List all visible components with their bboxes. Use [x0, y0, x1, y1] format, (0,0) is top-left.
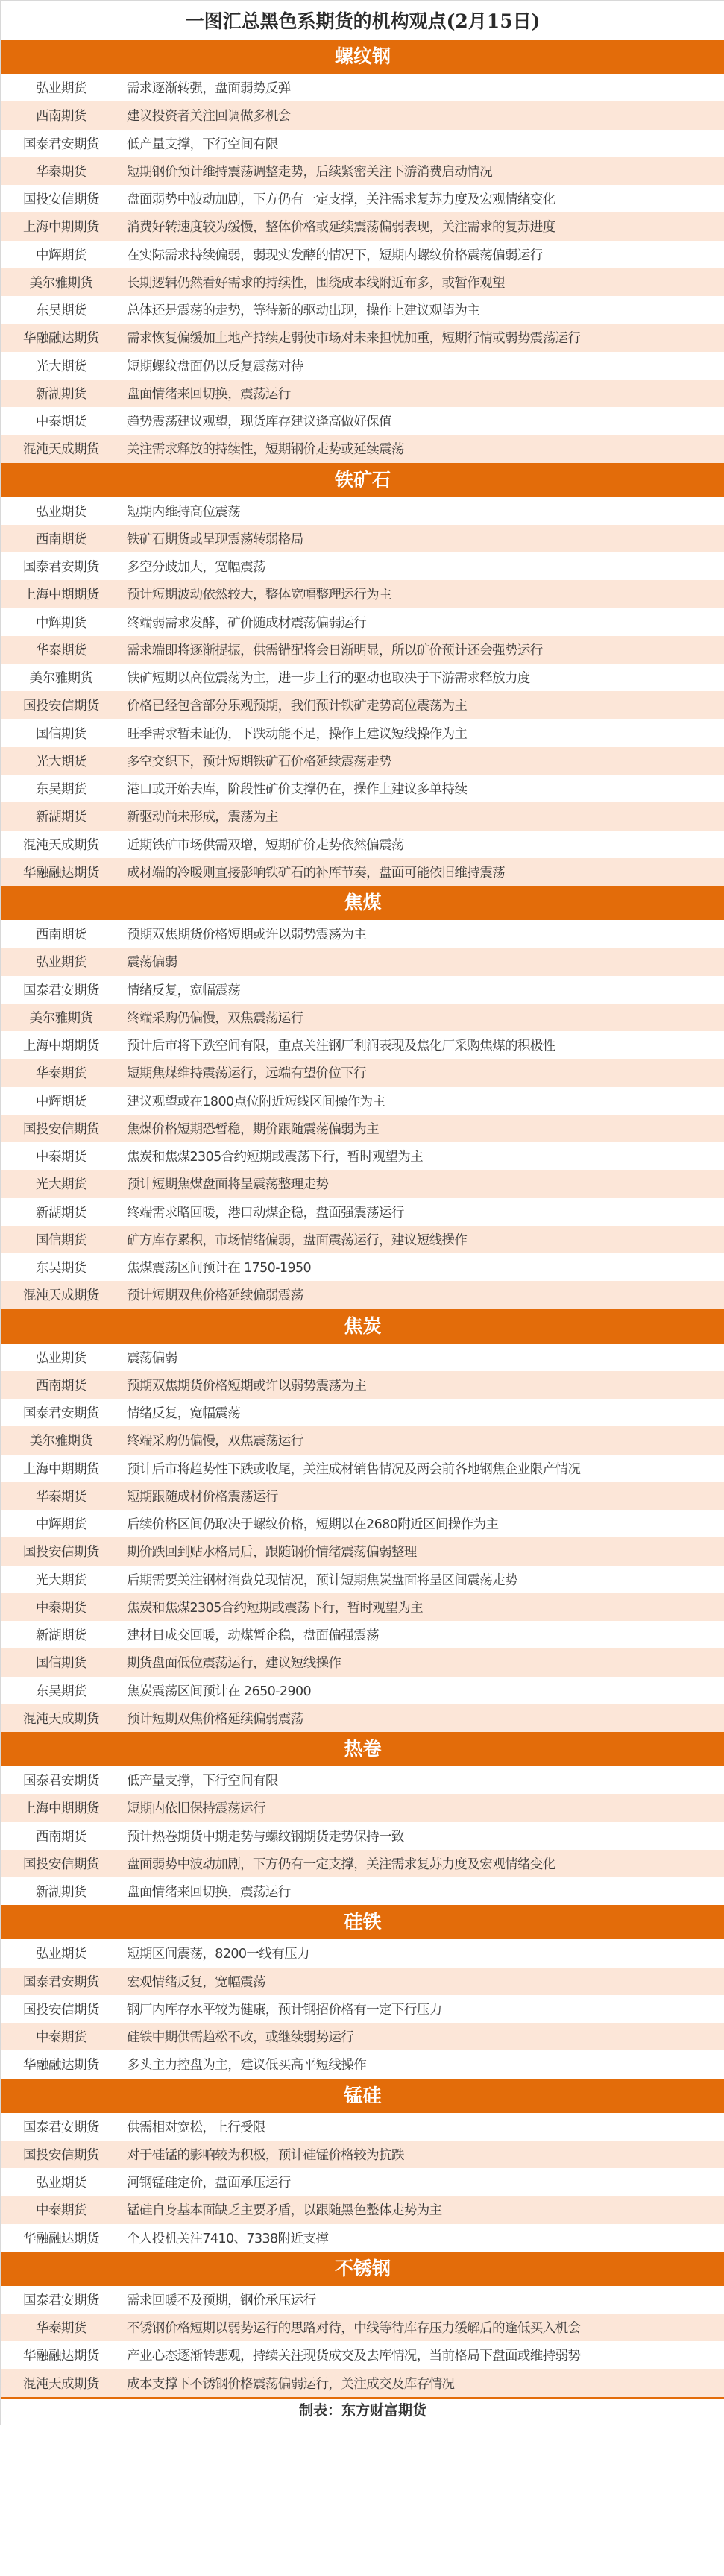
- institution-name: 光大期货: [1, 1570, 121, 1589]
- institution-view: 预计短期焦煤盘面将呈震荡整理走势: [121, 1174, 328, 1193]
- institution-name: 美尔雅期货: [1, 668, 121, 687]
- table-row: 西南期货预计热卷期货中期走势与螺纹钢期货走势保持一致: [1, 1822, 724, 1850]
- section-header: 不锈钢: [1, 2252, 724, 2286]
- institution-name: 国投安信期货: [1, 2000, 121, 2018]
- table-row: 国投安信期货对于硅锰的影响较为积极，预计硅锰价格较为抗跌: [1, 2141, 724, 2168]
- institution-view: 盘面情绪来回切换，震荡运行: [121, 384, 291, 403]
- institution-name: 华泰期货: [1, 2318, 121, 2337]
- institution-name: 华泰期货: [1, 162, 121, 180]
- institution-name: 混沌天成期货: [1, 1285, 121, 1304]
- institution-view: 铁矿石期货或呈现震荡转弱格局: [121, 529, 303, 548]
- institution-name: 新湖期货: [1, 1203, 121, 1221]
- sections-container: 螺纹钢弘业期货需求逐渐转强，盘面弱势反弹西南期货建议投资者关注回调做多机会国泰君…: [1, 40, 724, 2397]
- institution-name: 国泰君安期货: [1, 557, 121, 576]
- table-row: 中辉期货后续价格区间仍取决于螺纹价格，短期以在2680附近区间操作为主: [1, 1510, 724, 1537]
- institution-view: 消费好转速度较为缓慢，整体价格或延续震荡偏弱表现，关注需求的复苏进度: [121, 217, 555, 236]
- institution-name: 美尔雅期货: [1, 273, 121, 292]
- institution-view: 预期双焦期货价格短期或许以弱势震荡为主: [121, 1376, 366, 1394]
- institution-view: 价格已经包含部分乐观预期，我们预计铁矿走势高位震荡为主: [121, 696, 467, 714]
- table-row: 国投安信期货期价跌回到贴水格局后，跟随钢价情绪震荡偏弱整理: [1, 1537, 724, 1565]
- table-row: 美尔雅期货长期逻辑仍然看好需求的持续性，围绕成本线附近布多，或暂作观望: [1, 268, 724, 296]
- institution-view: 短期钢价预计维持震荡调整走势，后续紧密关注下游消费启动情况: [121, 162, 492, 180]
- institution-name: 混沌天成期货: [1, 835, 121, 854]
- table-row: 新湖期货盘面情绪来回切换，震荡运行: [1, 1877, 724, 1905]
- institution-name: 西南期货: [1, 1827, 121, 1845]
- institution-name: 弘业期货: [1, 952, 121, 971]
- institution-view: 短期跟随成材价格震荡运行: [121, 1487, 278, 1505]
- table-row: 国泰君安期货低产量支撑，下行空间有限: [1, 130, 724, 157]
- institution-name: 东吴期货: [1, 300, 121, 319]
- institution-view: 预计后市将下跌空间有限，重点关注钢厂利润表现及焦化厂采购焦煤的积极性: [121, 1036, 555, 1054]
- institution-name: 国泰君安期货: [1, 1972, 121, 1991]
- institution-view: 焦煤价格短期恐暂稳，期价跟随震荡偏弱为主: [121, 1119, 379, 1138]
- institution-view: 情绪反复，宽幅震荡: [121, 980, 240, 999]
- institution-name: 华融融达期货: [1, 328, 121, 347]
- table-row: 华泰期货短期跟随成材价格震荡运行: [1, 1482, 724, 1510]
- table-row: 新湖期货新驱动尚未形成，震荡为主: [1, 802, 724, 830]
- table-row: 美尔雅期货终端采购仍偏慢，双焦震荡运行: [1, 1004, 724, 1031]
- institution-name: 光大期货: [1, 752, 121, 770]
- institution-view: 终端采购仍偏慢，双焦震荡运行: [121, 1431, 303, 1449]
- table-row: 国投安信期货盘面弱势中波动加剧，下方仍有一定支撑，关注需求复苏力度及宏观情绪变化: [1, 185, 724, 212]
- table-row: 西南期货预期双焦期货价格短期或许以弱势震荡为主: [1, 1371, 724, 1399]
- section-header: 焦煤: [1, 886, 724, 920]
- institution-view: 多空分歧加大，宽幅震荡: [121, 557, 265, 576]
- table-row: 华融融达期货多头主力控盘为主，建议低买高平短线操作: [1, 2050, 724, 2078]
- section-header: 硅铁: [1, 1905, 724, 1939]
- institution-name: 西南期货: [1, 529, 121, 548]
- institution-view: 锰硅自身基本面缺乏主要矛盾，以跟随黑色整体走势为主: [121, 2200, 442, 2219]
- table-row: 西南期货铁矿石期货或呈现震荡转弱格局: [1, 525, 724, 552]
- table-row: 美尔雅期货铁矿短期以高位震荡为主，进一步上行的驱动也取决于下游需求释放力度: [1, 664, 724, 691]
- table-row: 东吴期货焦炭震荡区间预计在 2650-2900: [1, 1677, 724, 1704]
- table-row: 东吴期货总体还是震荡的走势，等待新的驱动出现，操作上建议观望为主: [1, 296, 724, 324]
- table-row: 弘业期货震荡偏弱: [1, 948, 724, 975]
- institution-name: 上海中期期货: [1, 217, 121, 236]
- institution-name: 华融融达期货: [1, 863, 121, 881]
- institution-view: 短期内依旧保持震荡运行: [121, 1798, 265, 1817]
- institution-view: 港口或开始去库，阶段性矿价支撑仍在，操作上建议多单持续: [121, 779, 467, 798]
- institution-name: 国投安信期货: [1, 1854, 121, 1873]
- institution-name: 华融融达期货: [1, 2055, 121, 2073]
- institution-view: 个人投机关注7410、7338附近支撑: [121, 2229, 328, 2247]
- table-row: 国投安信期货钢厂内库存水平较为健康，预计钢招价格有一定下行压力: [1, 1995, 724, 2023]
- institution-name: 东吴期货: [1, 1258, 121, 1276]
- institution-view: 情绪反复，宽幅震荡: [121, 1403, 240, 1422]
- section-header: 热卷: [1, 1732, 724, 1766]
- institution-view: 短期焦煤维持震荡运行，远端有望价位下行: [121, 1063, 366, 1082]
- institution-name: 混沌天成期货: [1, 439, 121, 458]
- table-row: 国泰君安期货需求回暖不及预期，钢价承压运行: [1, 2286, 724, 2314]
- table-row: 华泰期货短期钢价预计维持震荡调整走势，后续紧密关注下游消费启动情况: [1, 157, 724, 185]
- institution-name: 中辉期货: [1, 245, 121, 264]
- institution-view: 震荡偏弱: [121, 952, 177, 971]
- table-row: 华融融达期货个人投机关注7410、7338附近支撑: [1, 2224, 724, 2252]
- institution-view: 盘面弱势中波动加剧，下方仍有一定支撑，关注需求复苏力度及宏观情绪变化: [121, 189, 555, 208]
- institution-name: 新湖期货: [1, 1625, 121, 1644]
- institution-view: 焦煤震荡区间预计在 1750-1950: [121, 1258, 311, 1276]
- institution-name: 华泰期货: [1, 640, 121, 659]
- table-row: 东吴期货焦煤震荡区间预计在 1750-1950: [1, 1253, 724, 1281]
- page: 一图汇总黑色系期货的机构观点(2月15日) 螺纹钢弘业期货需求逐渐转强，盘面弱势…: [0, 0, 724, 2425]
- table-row: 上海中期期货预计后市将下跌空间有限，重点关注钢厂利润表现及焦化厂采购焦煤的积极性: [1, 1031, 724, 1059]
- institution-name: 光大期货: [1, 356, 121, 375]
- institution-name: 上海中期期货: [1, 1798, 121, 1817]
- table-row: 国信期货期货盘面低位震荡运行，建议短线操作: [1, 1648, 724, 1676]
- page-title: 一图汇总黑色系期货的机构观点(2月15日): [1, 0, 724, 40]
- institution-name: 美尔雅期货: [1, 1431, 121, 1449]
- institution-view: 河钢锰硅定价，盘面承压运行: [121, 2173, 291, 2191]
- institution-view: 矿方库存累积，市场情绪偏弱，盘面震荡运行，建议短线操作: [121, 1230, 467, 1249]
- table-row: 国泰君安期货情绪反复，宽幅震荡: [1, 1399, 724, 1426]
- institution-name: 国泰君安期货: [1, 2290, 121, 2309]
- institution-view: 建材日成交回暖，动煤暂企稳，盘面偏强震荡: [121, 1625, 379, 1644]
- institution-view: 关注需求释放的持续性，短期钢价走势或延续震荡: [121, 439, 404, 458]
- table-row: 国泰君安期货宏观情绪反复，宽幅震荡: [1, 1968, 724, 1995]
- institution-view: 对于硅锰的影响较为积极，预计硅锰价格较为抗跌: [121, 2145, 404, 2164]
- table-row: 中泰期货锰硅自身基本面缺乏主要矛盾，以跟随黑色整体走势为主: [1, 2196, 724, 2223]
- institution-name: 新湖期货: [1, 384, 121, 403]
- table-row: 国信期货旺季需求暂未证伪，下跌动能不足，操作上建议短线操作为主: [1, 719, 724, 747]
- institution-name: 上海中期期货: [1, 1459, 121, 1478]
- institution-name: 中泰期货: [1, 1147, 121, 1165]
- table-row: 弘业期货需求逐渐转强，盘面弱势反弹: [1, 74, 724, 101]
- table-row: 光大期货预计短期焦煤盘面将呈震荡整理走势: [1, 1170, 724, 1197]
- institution-view: 建议投资者关注回调做多机会: [121, 106, 291, 125]
- institution-view: 期货盘面低位震荡运行，建议短线操作: [121, 1653, 341, 1672]
- institution-name: 新湖期货: [1, 1882, 121, 1900]
- section-header: 铁矿石: [1, 463, 724, 497]
- institution-name: 东吴期货: [1, 1681, 121, 1700]
- institution-name: 国泰君安期货: [1, 1771, 121, 1789]
- table-row: 新湖期货盘面情绪来回切换，震荡运行: [1, 380, 724, 407]
- institution-name: 华泰期货: [1, 1487, 121, 1505]
- institution-view: 长期逻辑仍然看好需求的持续性，围绕成本线附近布多，或暂作观望: [121, 273, 505, 292]
- table-row: 弘业期货短期区间震荡，8200一线有压力: [1, 1939, 724, 1967]
- institution-view: 铁矿短期以高位震荡为主，进一步上行的驱动也取决于下游需求释放力度: [121, 668, 530, 687]
- table-row: 上海中期期货消费好转速度较为缓慢，整体价格或延续震荡偏弱表现，关注需求的复苏进度: [1, 212, 724, 240]
- institution-name: 中泰期货: [1, 2200, 121, 2219]
- institution-name: 新湖期货: [1, 807, 121, 825]
- institution-name: 弘业期货: [1, 2173, 121, 2191]
- table-row: 国投安信期货焦煤价格短期恐暂稳，期价跟随震荡偏弱为主: [1, 1115, 724, 1142]
- table-row: 中泰期货焦炭和焦煤2305合约短期或震荡下行，暂时观望为主: [1, 1142, 724, 1170]
- institution-name: 国投安信期货: [1, 1542, 121, 1561]
- institution-name: 国泰君安期货: [1, 980, 121, 999]
- table-row: 混沌天成期货成本支撑下不锈钢价格震荡偏弱运行，关注成交及库存情况: [1, 2369, 724, 2397]
- table-row: 弘业期货震荡偏弱: [1, 1344, 724, 1371]
- institution-view: 建议观望或在1800点位附近短线区间操作为主: [121, 1092, 385, 1110]
- institution-name: 弘业期货: [1, 1944, 121, 1962]
- institution-view: 新驱动尚未形成，震荡为主: [121, 807, 278, 825]
- table-row: 新湖期货终端需求略回暖，港口动煤企稳，盘面强震荡运行: [1, 1198, 724, 1226]
- table-row: 混沌天成期货预计短期双焦价格延续偏弱震荡: [1, 1281, 724, 1309]
- table-row: 中辉期货在实际需求持续偏弱，弱现实发酵的情况下，短期内螺纹价格震荡偏弱运行: [1, 241, 724, 268]
- institution-view: 产业心态逐渐转悲观，持续关注现货成交及去库情况，当前格局下盘面或维持弱势: [121, 2346, 580, 2364]
- institution-name: 国信期货: [1, 724, 121, 743]
- institution-view: 需求回暖不及预期，钢价承压运行: [121, 2290, 316, 2309]
- institution-view: 趋势震荡建议观望，现货库存建议逢高做好保值: [121, 412, 391, 430]
- institution-view: 硅铁中期供需趋松不改，或继续弱势运行: [121, 2027, 353, 2046]
- institution-view: 短期内维持高位震荡: [121, 502, 240, 520]
- institution-name: 国信期货: [1, 1230, 121, 1249]
- institution-name: 国投安信期货: [1, 1119, 121, 1138]
- institution-name: 中辉期货: [1, 1092, 121, 1110]
- institution-name: 国泰君安期货: [1, 134, 121, 153]
- institution-view: 后续价格区间仍取决于螺纹价格，短期以在2680附近区间操作为主: [121, 1514, 498, 1533]
- table-row: 华融融达期货需求恢复偏缓加上地产持续走弱使市场对未来担忧加重，短期行情或弱势震荡…: [1, 324, 724, 351]
- table-row: 国泰君安期货低产量支撑，下行空间有限: [1, 1766, 724, 1794]
- institution-view: 焦炭震荡区间预计在 2650-2900: [121, 1681, 311, 1700]
- institution-view: 钢厂内库存水平较为健康，预计钢招价格有一定下行压力: [121, 2000, 442, 2018]
- table-row: 光大期货后期需要关注钢材消费兑现情况，预计短期焦炭盘面将呈区间震荡走势: [1, 1566, 724, 1593]
- table-row: 中辉期货终端弱需求发酵，矿价随成材震荡偏弱运行: [1, 608, 724, 636]
- institution-name: 光大期货: [1, 1174, 121, 1193]
- institution-view: 预计短期波动依然较大，整体宽幅整理运行为主: [121, 585, 391, 603]
- institution-name: 混沌天成期货: [1, 2374, 121, 2393]
- institution-view: 短期螺纹盘面仍以反复震荡对待: [121, 356, 303, 375]
- table-row: 中泰期货硅铁中期供需趋松不改，或继续弱势运行: [1, 2023, 724, 2050]
- institution-name: 国信期货: [1, 1653, 121, 1672]
- institution-view: 焦炭和焦煤2305合约短期或震荡下行，暂时观望为主: [121, 1147, 423, 1165]
- institution-view: 旺季需求暂未证伪，下跌动能不足，操作上建议短线操作为主: [121, 724, 467, 743]
- institution-view: 近期铁矿市场供需双增，短期矿价走势依然偏震荡: [121, 835, 404, 854]
- table-row: 华泰期货需求端即将逐渐提振，供需错配将会日渐明显，所以矿价预计还会强势运行: [1, 636, 724, 664]
- institution-name: 国投安信期货: [1, 2145, 121, 2164]
- table-row: 中辉期货建议观望或在1800点位附近短线区间操作为主: [1, 1087, 724, 1115]
- table-row: 华泰期货不锈钢价格短期以弱势运行的思路对待，中线等待库存压力缓解后的逢低买入机会: [1, 2314, 724, 2341]
- institution-view: 预计后市将趋势性下跌或收尾，关注成材销售情况及两会前各地钢焦企业限产情况: [121, 1459, 580, 1478]
- institution-name: 东吴期货: [1, 779, 121, 798]
- institution-view: 成材端的冷暖则直接影响铁矿石的补库节奏，盘面可能依旧维持震荡: [121, 863, 505, 881]
- institution-name: 西南期货: [1, 1376, 121, 1394]
- table-row: 弘业期货河钢锰硅定价，盘面承压运行: [1, 2168, 724, 2196]
- institution-view: 短期区间震荡，8200一线有压力: [121, 1944, 309, 1962]
- institution-name: 中泰期货: [1, 2027, 121, 2046]
- table-row: 东吴期货港口或开始去库，阶段性矿价支撑仍在，操作上建议多单持续: [1, 775, 724, 802]
- institution-name: 华融融达期货: [1, 2229, 121, 2247]
- institution-view: 低产量支撑，下行空间有限: [121, 134, 278, 153]
- table-row: 华融融达期货产业心态逐渐转悲观，持续关注现货成交及去库情况，当前格局下盘面或维持…: [1, 2341, 724, 2369]
- table-row: 美尔雅期货终端采购仍偏慢，双焦震荡运行: [1, 1426, 724, 1454]
- institution-name: 中辉期货: [1, 1514, 121, 1533]
- institution-view: 震荡偏弱: [121, 1348, 177, 1367]
- table-row: 上海中期期货短期内依旧保持震荡运行: [1, 1794, 724, 1821]
- institution-name: 上海中期期货: [1, 585, 121, 603]
- table-row: 华泰期货短期焦煤维持震荡运行，远端有望价位下行: [1, 1059, 724, 1086]
- institution-view: 需求恢复偏缓加上地产持续走弱使市场对未来担忧加重，短期行情或弱势震荡运行: [121, 328, 580, 347]
- table-row: 国投安信期货盘面弱势中波动加剧，下方仍有一定支撑，关注需求复苏力度及宏观情绪变化: [1, 1850, 724, 1877]
- table-row: 中泰期货焦炭和焦煤2305合约短期或震荡下行，暂时观望为主: [1, 1593, 724, 1621]
- table-row: 西南期货预期双焦期货价格短期或许以弱势震荡为主: [1, 920, 724, 948]
- institution-name: 弘业期货: [1, 1348, 121, 1367]
- institution-view: 预计短期双焦价格延续偏弱震荡: [121, 1285, 303, 1304]
- institution-name: 中辉期货: [1, 613, 121, 632]
- institution-view: 预期双焦期货价格短期或许以弱势震荡为主: [121, 925, 366, 943]
- institution-name: 弘业期货: [1, 78, 121, 97]
- institution-view: 低产量支撑，下行空间有限: [121, 1771, 278, 1789]
- table-row: 上海中期期货预计后市将趋势性下跌或收尾，关注成材销售情况及两会前各地钢焦企业限产…: [1, 1455, 724, 1482]
- institution-view: 需求端即将逐渐提振，供需错配将会日渐明显，所以矿价预计还会强势运行: [121, 640, 543, 659]
- institution-name: 中泰期货: [1, 412, 121, 430]
- institution-name: 华泰期货: [1, 1063, 121, 1082]
- table-row: 光大期货短期螺纹盘面仍以反复震荡对待: [1, 352, 724, 380]
- institution-view: 终端采购仍偏慢，双焦震荡运行: [121, 1008, 303, 1027]
- table-row: 国信期货矿方库存累积，市场情绪偏弱，盘面震荡运行，建议短线操作: [1, 1226, 724, 1253]
- institution-name: 西南期货: [1, 106, 121, 125]
- institution-name: 华融融达期货: [1, 2346, 121, 2364]
- institution-view: 盘面情绪来回切换，震荡运行: [121, 1882, 291, 1900]
- table-row: 混沌天成期货预计短期双焦价格延续偏弱震荡: [1, 1704, 724, 1732]
- table-row: 中泰期货趋势震荡建议观望，现货库存建议逢高做好保值: [1, 407, 724, 435]
- institution-view: 供需相对宽松，上行受限: [121, 2117, 265, 2136]
- institution-name: 混沌天成期货: [1, 1709, 121, 1728]
- institution-view: 盘面弱势中波动加剧，下方仍有一定支撑，关注需求复苏力度及宏观情绪变化: [121, 1854, 555, 1873]
- table-row: 光大期货多空交织下，预计短期铁矿石价格延续震荡走势: [1, 747, 724, 775]
- section-header: 螺纹钢: [1, 40, 724, 74]
- institution-view: 多空交织下，预计短期铁矿石价格延续震荡走势: [121, 752, 391, 770]
- institution-name: 中泰期货: [1, 1598, 121, 1616]
- institution-view: 在实际需求持续偏弱，弱现实发酵的情况下，短期内螺纹价格震荡偏弱运行: [121, 245, 543, 264]
- section-header: 焦炭: [1, 1309, 724, 1344]
- institution-name: 国投安信期货: [1, 189, 121, 208]
- table-row: 国泰君安期货多空分歧加大，宽幅震荡: [1, 552, 724, 580]
- table-row: 国泰君安期货供需相对宽松，上行受限: [1, 2113, 724, 2141]
- table-row: 国泰君安期货情绪反复，宽幅震荡: [1, 976, 724, 1004]
- institution-name: 西南期货: [1, 925, 121, 943]
- institution-name: 国泰君安期货: [1, 1403, 121, 1422]
- table-row: 新湖期货建材日成交回暖，动煤暂企稳，盘面偏强震荡: [1, 1621, 724, 1648]
- institution-view: 预计热卷期货中期走势与螺纹钢期货走势保持一致: [121, 1827, 404, 1845]
- institution-view: 不锈钢价格短期以弱势运行的思路对待，中线等待库存压力缓解后的逢低买入机会: [121, 2318, 580, 2337]
- table-row: 混沌天成期货近期铁矿市场供需双增，短期矿价走势依然偏震荡: [1, 831, 724, 858]
- institution-view: 需求逐渐转强，盘面弱势反弹: [121, 78, 291, 97]
- institution-view: 焦炭和焦煤2305合约短期或震荡下行，暂时观望为主: [121, 1598, 423, 1616]
- section-header: 锰硅: [1, 2079, 724, 2113]
- institution-view: 预计短期双焦价格延续偏弱震荡: [121, 1709, 303, 1728]
- institution-view: 总体还是震荡的走势，等待新的驱动出现，操作上建议观望为主: [121, 300, 479, 319]
- table-row: 上海中期期货预计短期波动依然较大，整体宽幅整理运行为主: [1, 580, 724, 608]
- institution-view: 终端需求略回暖，港口动煤企稳，盘面强震荡运行: [121, 1203, 404, 1221]
- institution-view: 期价跌回到贴水格局后，跟随钢价情绪震荡偏弱整理: [121, 1542, 417, 1561]
- table-row: 弘业期货短期内维持高位震荡: [1, 497, 724, 525]
- institution-view: 后期需要关注钢材消费兑现情况，预计短期焦炭盘面将呈区间震荡走势: [121, 1570, 517, 1589]
- table-row: 华融融达期货成材端的冷暖则直接影响铁矿石的补库节奏，盘面可能依旧维持震荡: [1, 858, 724, 886]
- institution-name: 国泰君安期货: [1, 2117, 121, 2136]
- institution-name: 美尔雅期货: [1, 1008, 121, 1027]
- footer-credit: 制表：东方财富期货: [1, 2397, 724, 2425]
- table-row: 西南期货建议投资者关注回调做多机会: [1, 101, 724, 129]
- institution-view: 成本支撑下不锈钢价格震荡偏弱运行，关注成交及库存情况: [121, 2374, 454, 2393]
- institution-view: 终端弱需求发酵，矿价随成材震荡偏弱运行: [121, 613, 366, 632]
- institution-view: 多头主力控盘为主，建议低买高平短线操作: [121, 2055, 366, 2073]
- institution-name: 上海中期期货: [1, 1036, 121, 1054]
- table-row: 国投安信期货价格已经包含部分乐观预期，我们预计铁矿走势高位震荡为主: [1, 691, 724, 719]
- institution-name: 弘业期货: [1, 502, 121, 520]
- institution-name: 国投安信期货: [1, 696, 121, 714]
- institution-view: 宏观情绪反复，宽幅震荡: [121, 1972, 265, 1991]
- table-row: 混沌天成期货关注需求释放的持续性，短期钢价走势或延续震荡: [1, 435, 724, 462]
